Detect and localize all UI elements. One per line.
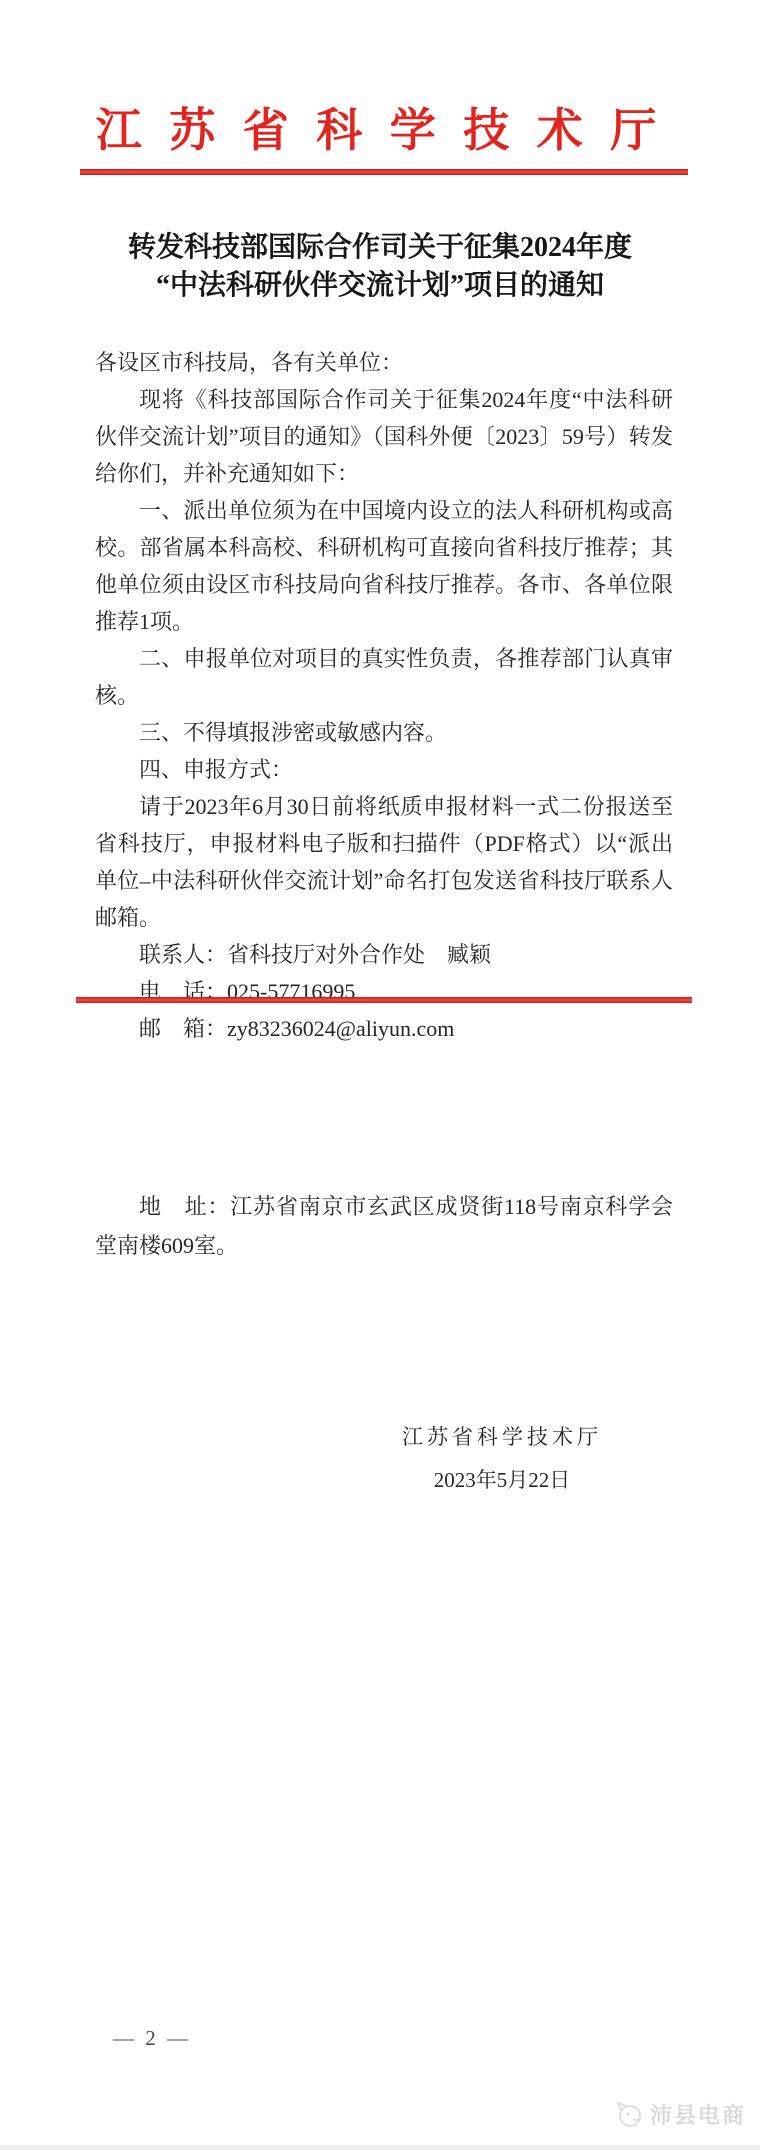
contact-phone-line: 电 话：025-57716995 [95, 973, 673, 1010]
address-line: 地 址：江苏省南京市玄武区成贤街118号南京科学会堂南楼609室。 [95, 1187, 673, 1265]
section-divider-line [76, 997, 692, 1003]
watermark: 沛县电商 [613, 2098, 746, 2130]
document-title: 转发科技部国际合作司关于征集2024年度 “中法科研伙伴交流计划”项目的通知 [0, 229, 760, 305]
body-paragraph: 现将《科技部国际合作司关于征集2024年度“中法科研伙伴交流计划”项目的通知》（… [95, 381, 673, 492]
page-number: — 2 — [113, 2026, 191, 2051]
contact-email-line: 邮 箱：zy83236024@aliyun.com [95, 1010, 673, 1047]
image-bottom-edge [0, 2145, 760, 2150]
document-title-line2: “中法科研伙伴交流计划”项目的通知 [0, 267, 760, 305]
signature-org: 江苏省科学技术厅 [382, 1419, 622, 1456]
contact-person-line: 联系人：省科技厅对外合作处 臧颖 [95, 936, 673, 973]
letterhead-divider-line [80, 169, 688, 175]
document-page: 江 苏 省 科 学 技 术 厅 转发科技部国际合作司关于征集2024年度 “中法… [0, 0, 760, 2150]
watermark-logo-icon [613, 2098, 645, 2130]
document-title-line1: 转发科技部国际合作司关于征集2024年度 [0, 229, 760, 267]
body-paragraph: 二、申报单位对项目的真实性负责，各推荐部门认真审核。 [95, 640, 673, 714]
document-body: 各设区市科技局，各有关单位： 现将《科技部国际合作司关于征集2024年度“中法科… [95, 344, 673, 1047]
signature-date: 2023年5月22日 [382, 1456, 622, 1505]
watermark-label: 沛县电商 [650, 2099, 746, 2130]
body-paragraph: 一、派出单位须为在中国境内设立的法人科研机构或高校。部省属本科高校、科研机构可直… [95, 492, 673, 640]
body-paragraph: 三、不得填报涉密或敏感内容。 [95, 714, 673, 751]
signature-block: 江苏省科学技术厅 2023年5月22日 [382, 1419, 622, 1505]
body-paragraph: 请于2023年6月30日前将纸质申报材料一式二份报送至省科技厅，申报材料电子版和… [95, 788, 673, 936]
salutation: 各设区市科技局，各有关单位： [95, 344, 673, 381]
agency-letterhead: 江 苏 省 科 学 技 术 厅 [0, 94, 760, 160]
body-paragraph: 四、申报方式： [95, 751, 673, 788]
